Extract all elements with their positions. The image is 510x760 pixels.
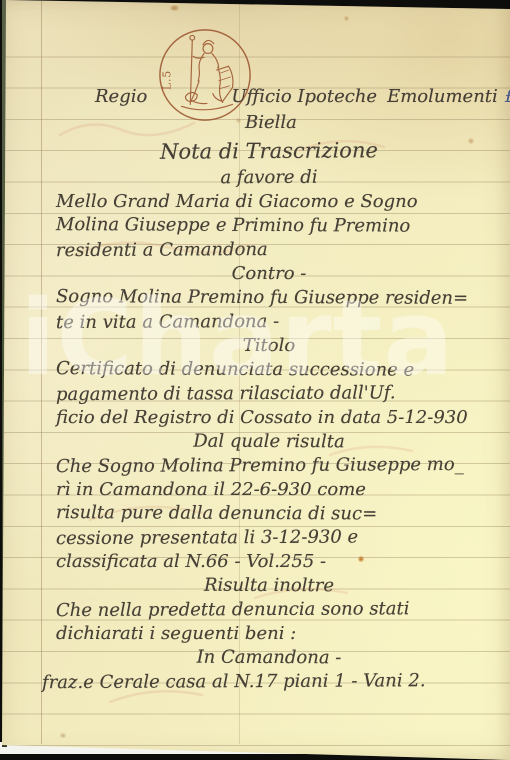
doc-line: residenti a Camandona — [40, 237, 498, 263]
doc-line: Molina Giuseppe e Primino fu Premino — [40, 213, 498, 239]
doc-line: Sogno Molina Premino fu Giuseppe residen… — [40, 285, 498, 311]
header-fee-amount: £ 2.30 — [505, 84, 510, 110]
header-city-row: Biella — [40, 110, 498, 136]
scanned-document: L.5 Regio Ufficio Ipoteche Emolumenti £ … — [0, 0, 510, 760]
foxing-spot — [60, 733, 66, 738]
doc-line: Mello Grand Maria di Giacomo e Sogno — [40, 190, 498, 214]
foxing-spot — [344, 16, 349, 21]
header-office: Ufficio Ipoteche — [231, 84, 377, 110]
header-row: Regio Ufficio Ipoteche Emolumenti £ 2.30 — [40, 84, 498, 110]
header-authority: Regio — [95, 84, 147, 110]
doc-line: pagamento di tassa rilasciato dall'Uf. — [40, 381, 498, 407]
doc-line: ficio del Registro di Cossato in data 5-… — [40, 406, 498, 430]
doc-line: cessione presentata li 3-12-930 e — [40, 525, 498, 551]
doc-line: rì in Camandona il 22-6-930 come — [40, 478, 498, 502]
doc-line: a favore di — [40, 165, 498, 191]
doc-line: Contro - — [40, 262, 498, 286]
doc-line: Risulta inoltre — [40, 573, 498, 599]
doc-line: Dal quale risulta — [40, 429, 498, 455]
doc-line: dichiarati i seguenti beni : — [40, 622, 498, 646]
doc-line: risulta pure dalla denuncia di suc= — [40, 501, 498, 527]
header-city: Biella — [245, 110, 297, 136]
doc-line: Che nella predetta denuncia sono stati — [40, 597, 498, 623]
doc-line: classificata al N.66 - Vol.255 - — [40, 550, 498, 574]
document-lines: a favore diMello Grand Maria di Giacomo … — [40, 166, 498, 694]
doc-line: Certificato di denunciata successione e — [40, 357, 498, 383]
doc-line: In Camandona - — [40, 645, 498, 671]
foxing-spot — [170, 5, 179, 11]
paper-sheet: L.5 Regio Ufficio Ipoteche Emolumenti £ … — [0, 0, 510, 760]
handwritten-content: Regio Ufficio Ipoteche Emolumenti £ 2.30… — [40, 84, 498, 694]
document-title: Nota di Trascrizione — [40, 134, 498, 167]
doc-line: fraz.e Cerale casa al N.17 piani 1 - Van… — [40, 669, 498, 695]
doc-line: te in vita a Camandona - — [40, 309, 498, 335]
header-fee-label: Emolumenti — [387, 84, 498, 110]
doc-line: Che Sogno Molina Premino fu Giuseppe mo_ — [40, 453, 498, 479]
doc-line: Titolo — [40, 334, 498, 358]
